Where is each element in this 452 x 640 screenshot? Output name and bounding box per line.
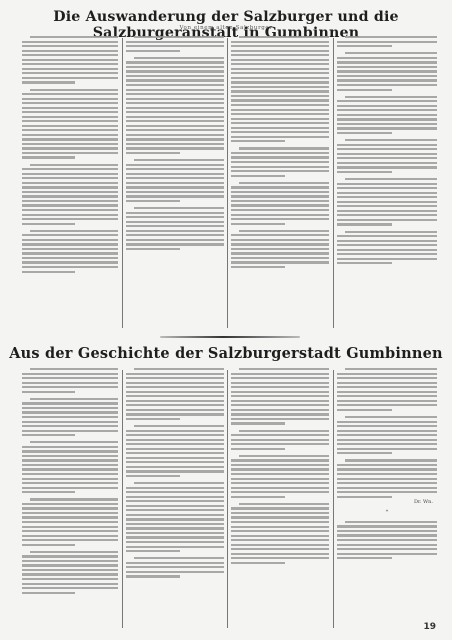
article2-column-2: ... König Friedrich Wilhelm I., der 1724… [126, 368, 224, 630]
paragraph: Im Weltkrieg war Gumbinnen von Russen be… [231, 455, 329, 498]
paragraph: Nach dem Kriege erhielt Gumbinnen 1724 S… [22, 551, 118, 594]
article1-column-4: ... daß die Salzburger ...Durch diese Ei… [337, 36, 437, 332]
column-rule [122, 38, 123, 328]
paragraph: ... König Friedrich Wilhelm I., der 1724… [126, 368, 224, 420]
article2-column-4: Gumbinnen wurde zunächst in der damalige… [337, 368, 437, 618]
paragraph: In der Zeit vom 31. Oktober 1731 wurde d… [126, 57, 224, 154]
paragraph: ... daß die Salzburger ... [337, 36, 437, 47]
column-rule [333, 38, 334, 328]
asterism-divider: * [337, 509, 437, 515]
paragraph: In der Zeit des deutschen Ritterordens .… [22, 498, 118, 546]
paragraph: Im Jahre 1724 kam nach Gumbinnen auch ei… [126, 425, 224, 477]
column-rule [333, 370, 334, 628]
paragraph: Wenn man auch die Stadt Salzburg im Jahr… [22, 89, 118, 159]
paragraph: Durch diese Einrichtung wurden ... [337, 52, 437, 90]
paragraph: Die Stadt zählt heute rund 19 000 Einwoh… [337, 459, 437, 497]
section-separator [160, 336, 300, 338]
paragraph: Aus diesen Mitteln wurde die Salzburger … [231, 182, 329, 225]
paragraph: Kirche und Anstalt bilden den Mittelpunk… [337, 231, 437, 265]
paragraph: Durch die Bibelübersetzung Luthers wurde… [22, 36, 118, 84]
paragraph: Bis zur Ordenszeit haben in der Umgegend… [22, 441, 118, 493]
column-rule [227, 38, 228, 328]
article1-column-3: ... als 400 000 Reichstaler. Der König .… [231, 36, 329, 332]
paragraph: ... [22, 230, 118, 273]
column-rule [227, 370, 228, 628]
paragraph: Im Jahre 1840 wurde der Grundstein zur K… [337, 178, 437, 226]
article2-column-3: ... siebenjährigen Krieg von Russen bese… [231, 368, 329, 630]
article1-column-1: Durch die Bibelübersetzung Luthers wurde… [22, 36, 118, 332]
paragraph: ... nicht zur Ruhe gebracht werden sollt… [126, 36, 224, 52]
paragraph: Gumbinnen wurde zunächst in der damalige… [337, 368, 437, 411]
paragraph: ... [126, 207, 224, 250]
paragraph: Im Jahre 1732 lagen die große Bedeutung … [126, 482, 224, 552]
article1-byline: Von einem alten Salzburger [0, 25, 452, 31]
newspaper-page: Die Auswanderung der Salzburger und die … [0, 0, 452, 640]
paragraph: Der älteste Kulturbesitz Gumbinnens ist … [231, 503, 329, 564]
paragraph: Man kann Gumbinnen als den Mittelpunkt d… [22, 368, 118, 393]
paragraph: Da die Anstalt ... [337, 96, 437, 134]
author-signature: Dr. Wn. [337, 499, 433, 505]
paragraph: ... siebenjährigen Krieg von Russen bese… [231, 368, 329, 425]
paragraph: Das Wappen der Stadt besteht aus einem s… [22, 398, 118, 436]
paragraph: Gumbinnen ist Kreis ... Regierungsbezirk… [337, 416, 437, 454]
paragraph: Am 21. und 22. Mai 1834 wurde das hunder… [231, 430, 329, 450]
article2-column-1: Man kann Gumbinnen als den Mittelpunkt d… [22, 368, 118, 630]
page-number: 19 [423, 622, 436, 632]
column-rule [122, 370, 123, 628]
paragraph: ... als 400 000 Reichstaler. Der König .… [231, 36, 329, 142]
article1-column-2: ... nicht zur Ruhe gebracht werden sollt… [126, 36, 224, 332]
paragraph: ... [231, 230, 329, 268]
paragraph: Im Jahre 1731 wurde Leopold Anton Freihe… [22, 164, 118, 225]
paragraph: Der weitere Verlauf der Geschichte ... [126, 557, 224, 577]
paragraph: In der Salzburgerkirche ... [337, 139, 437, 173]
article2-title: Aus der Geschichte der Salzburgerstadt G… [0, 345, 452, 362]
supplementary-note: In Ergänzung zum Aufsatz „Gumbinnen, die… [337, 521, 437, 559]
paragraph: Nachdem die Aufnahme der Salzburger in P… [126, 159, 224, 202]
paragraph: Nach dem Jahre 1740 ... [231, 147, 329, 176]
